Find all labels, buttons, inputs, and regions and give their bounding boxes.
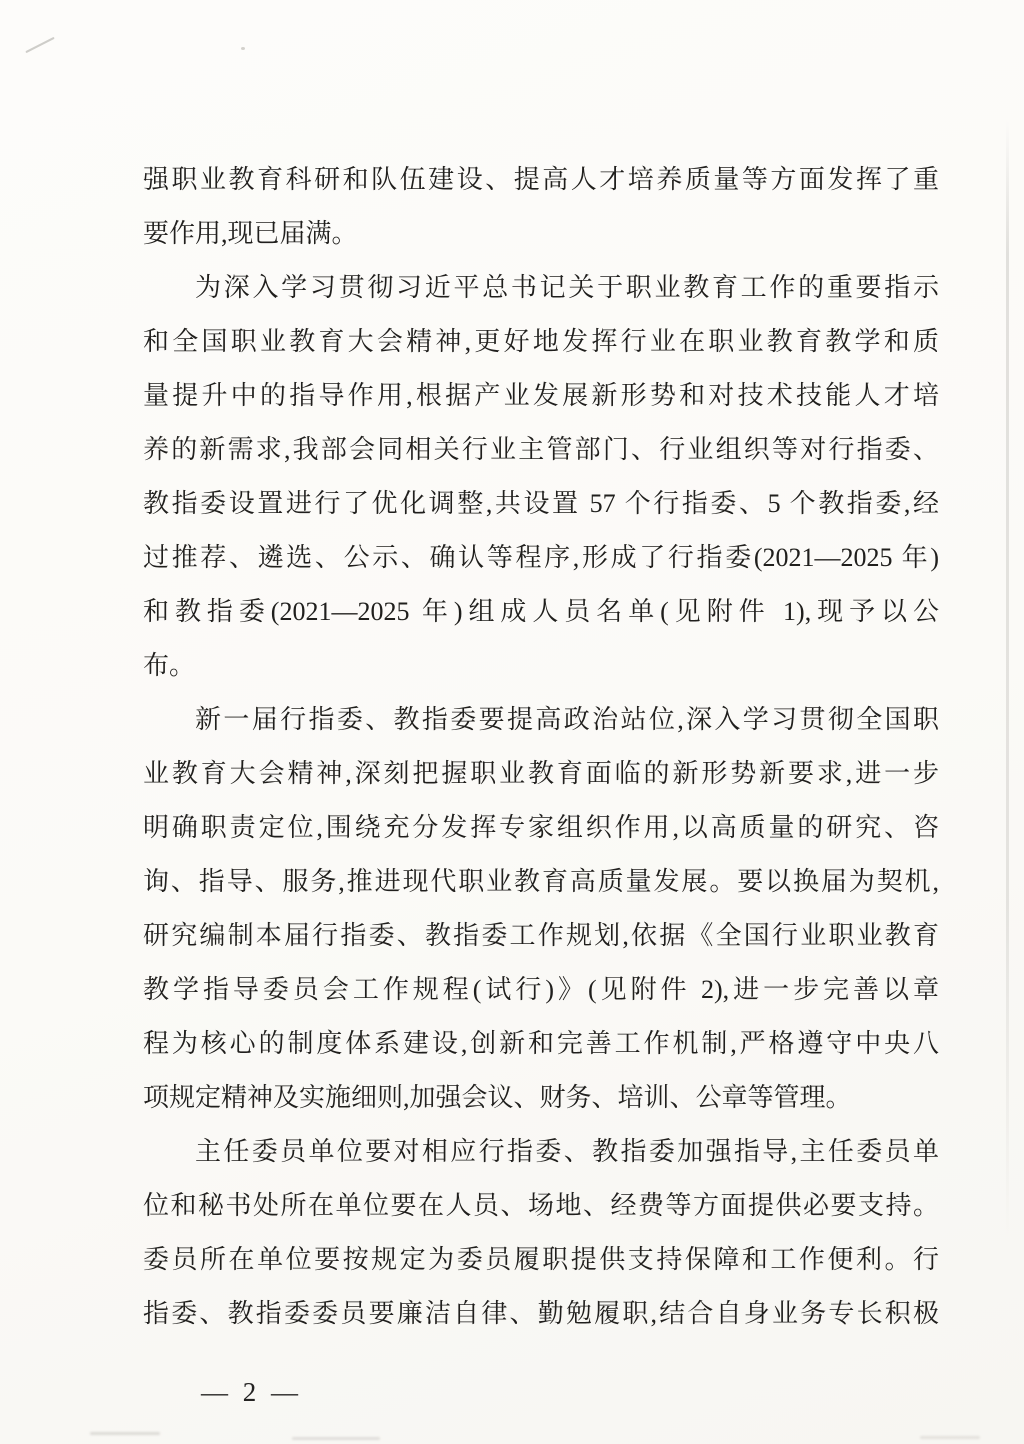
- text-line: 教指委设置进行了优化调整,共设置 57 个行指委、5 个教指委,经: [143, 477, 939, 531]
- scan-edge-shadow-artifact: [1006, 120, 1009, 1240]
- scan-smudge-artifact: [920, 1436, 980, 1439]
- page-number-label: — 2 —: [201, 1377, 302, 1407]
- text-line: 要作用,现已届满。: [143, 207, 939, 261]
- text-line: 和全国职业教育大会精神,更好地发挥行业在职业教育教学和质: [143, 315, 939, 369]
- text-line: 教学指导委员会工作规程(试行)》(见附件 2),进一步完善以章: [143, 963, 939, 1017]
- text-line: 研究编制本届行指委、教指委工作规划,依据《全国行业职业教育: [143, 909, 939, 963]
- text-line: 和教指委(2021—2025 年)组成人员名单(见附件 1),现予以公: [143, 585, 939, 639]
- text-line: 委员所在单位要按规定为委员履职提供支持保障和工作便利。行: [143, 1233, 939, 1287]
- scan-scratch-artifact: [25, 37, 54, 53]
- scan-smudge-artifact: [292, 1437, 380, 1440]
- document-body: 强职业教育科研和队伍建设、提高人才培养质量等方面发挥了重要作用,现已届满。为深入…: [143, 153, 939, 1341]
- scan-speck-artifact: [241, 47, 245, 50]
- text-line: 项规定精神及实施细则,加强会议、财务、培训、公章等管理。: [143, 1071, 939, 1125]
- text-line: 业教育大会精神,深刻把握职业教育面临的新形势新要求,进一步: [143, 747, 939, 801]
- text-line: 新一届行指委、教指委要提高政治站位,深入学习贯彻全国职: [143, 693, 939, 747]
- text-line: 量提升中的指导作用,根据产业发展新形势和对技术技能人才培: [143, 369, 939, 423]
- text-line: 指委、教指委委员要廉洁自律、勤勉履职,结合自身业务专长积极: [143, 1287, 939, 1341]
- text-line: 明确职责定位,围绕充分发挥专家组织作用,以高质量的研究、咨: [143, 801, 939, 855]
- page-number: — 2 —: [158, 1346, 302, 1439]
- text-line: 程为核心的制度体系建设,创新和完善工作机制,严格遵守中央八: [143, 1017, 939, 1071]
- text-line: 布。: [143, 639, 939, 693]
- text-line: 强职业教育科研和队伍建设、提高人才培养质量等方面发挥了重: [143, 153, 939, 207]
- text-line: 养的新需求,我部会同相关行业主管部门、行业组织等对行指委、: [143, 423, 939, 477]
- text-line: 位和秘书处所在单位要在人员、场地、经费等方面提供必要支持。: [143, 1179, 939, 1233]
- scan-smudge-artifact: [90, 1432, 160, 1435]
- document-page: 强职业教育科研和队伍建设、提高人才培养质量等方面发挥了重要作用,现已届满。为深入…: [0, 0, 1024, 1444]
- text-line: 为深入学习贯彻习近平总书记关于职业教育工作的重要指示: [143, 261, 939, 315]
- text-line: 主任委员单位要对相应行指委、教指委加强指导,主任委员单: [143, 1125, 939, 1179]
- text-line: 过推荐、遴选、公示、确认等程序,形成了行指委(2021—2025 年): [143, 531, 939, 585]
- text-line: 询、指导、服务,推进现代职业教育高质量发展。要以换届为契机,: [143, 855, 939, 909]
